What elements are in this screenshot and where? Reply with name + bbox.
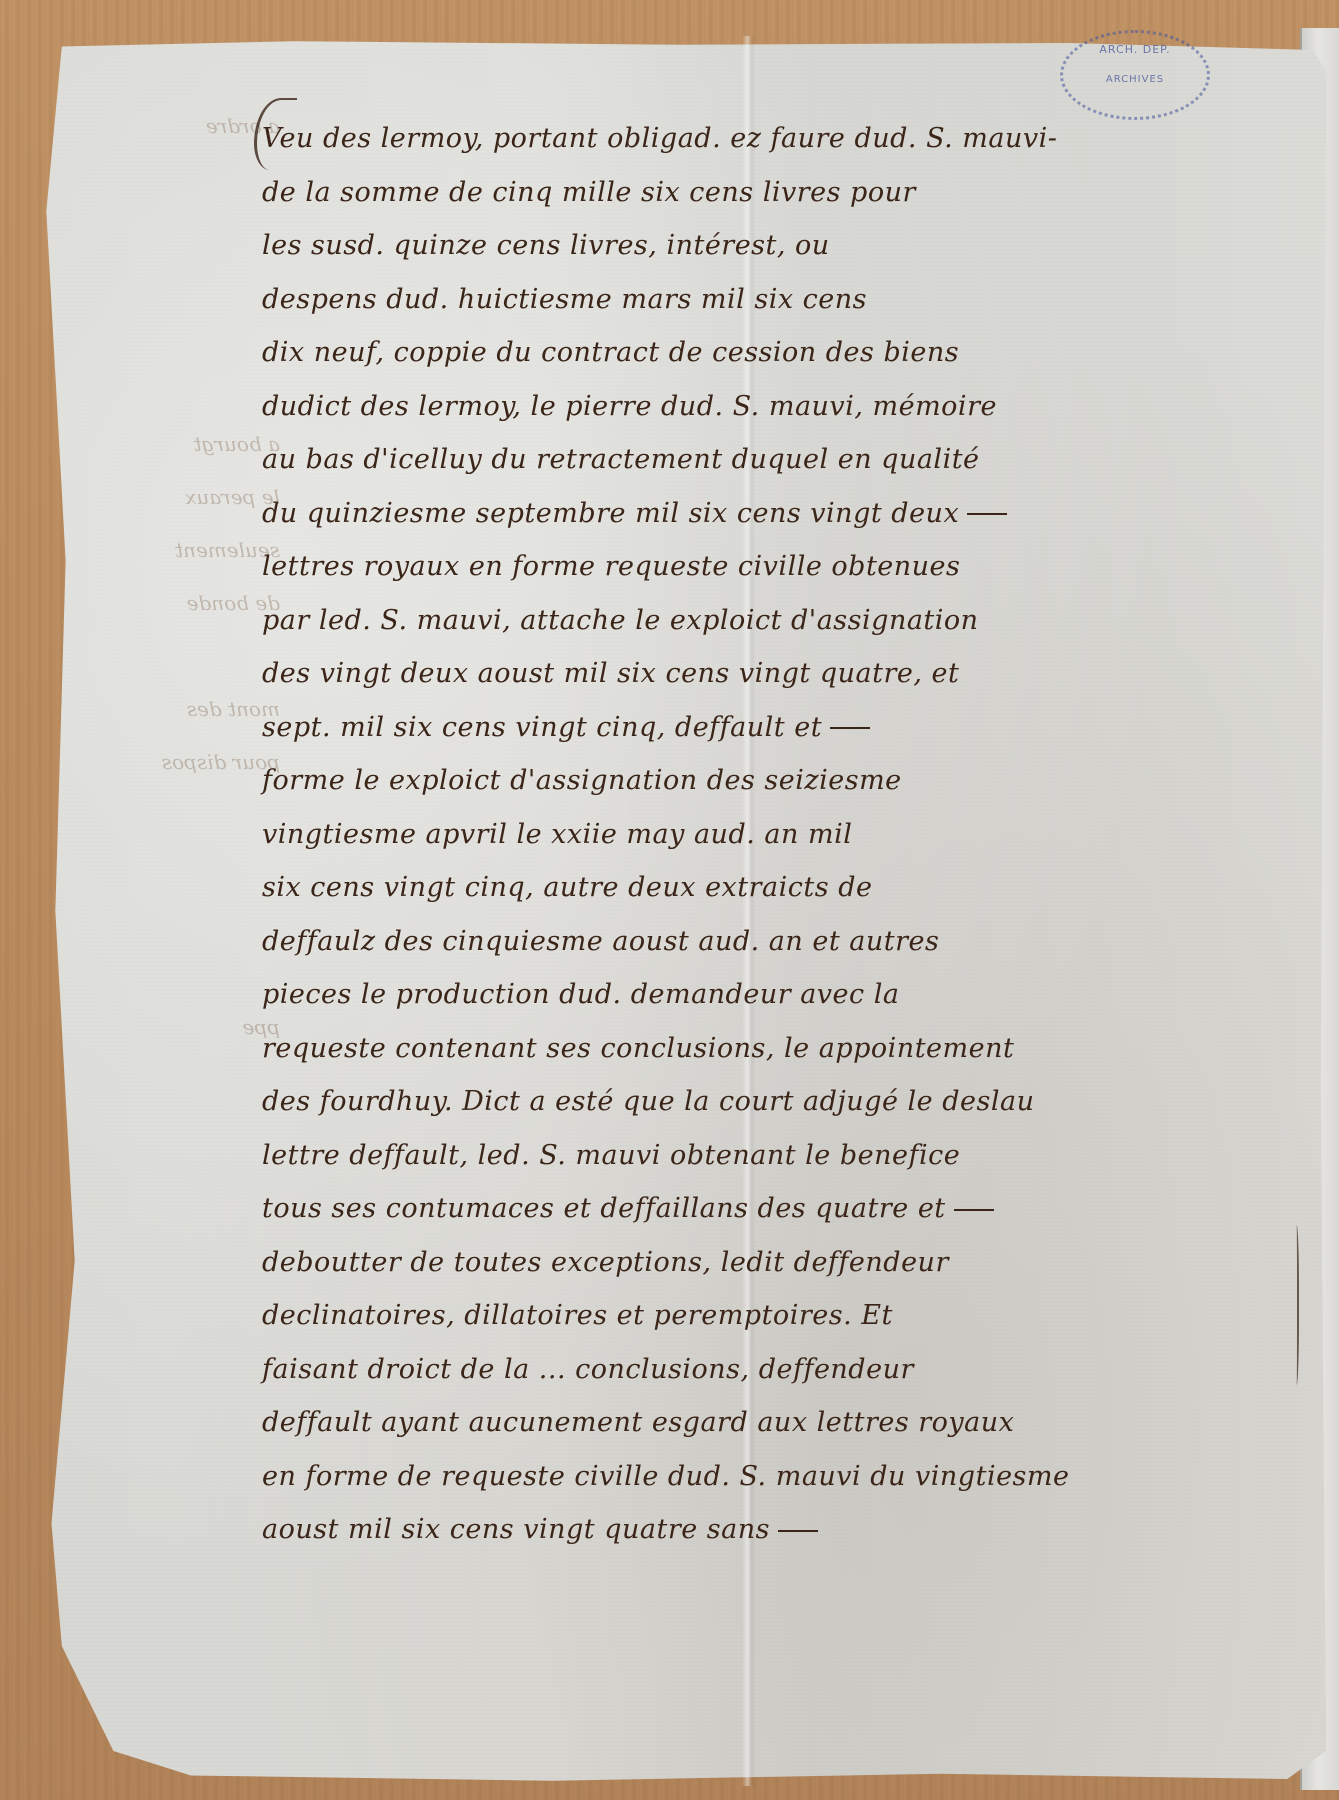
- manuscript-line: declinatoires, dillatoires et peremptoir…: [262, 1289, 1252, 1343]
- line-text: de la somme de cinq mille six cens livre…: [262, 177, 916, 208]
- manuscript-line: deboutter de toutes exceptions, ledit de…: [262, 1236, 1252, 1290]
- manuscript-line: deffaulz des cinquiesme aoust aud. an et…: [262, 915, 1252, 969]
- line-text: lettres royaux en forme requeste civille…: [262, 551, 960, 582]
- bleed-line: pour dispos: [60, 736, 280, 789]
- line-text: deffault ayant aucunement esgard aux let…: [262, 1407, 1014, 1438]
- manuscript-line: deffault ayant aucunement esgard aux let…: [262, 1396, 1252, 1450]
- bleed-line: [60, 365, 280, 418]
- line-text: dix neuf, coppie du contract de cession …: [262, 337, 959, 368]
- ink-bleed-through: a ordre a bourgt le peraux seulement de …: [60, 100, 280, 1600]
- bleed-line: le peraux: [60, 471, 280, 524]
- manuscript-line: des fourdhuy. Dict a esté que la court a…: [262, 1075, 1252, 1129]
- line-text: dudict des lermoy, le pierre dud. S. mau…: [262, 391, 997, 422]
- bleed-line: a ordre: [60, 100, 280, 153]
- archive-stamp: ARCH. DEP. ARCHIVES: [1060, 30, 1210, 120]
- line-text: pieces le production dud. demandeur avec…: [262, 979, 899, 1010]
- line-text: du quinziesme septembre mil six cens vin…: [262, 498, 959, 529]
- line-text: des fourdhuy. Dict a esté que la court a…: [262, 1086, 1034, 1117]
- line-text: six cens vingt cinq, autre deux extraict…: [262, 872, 872, 903]
- line-text: les susd. quinze cens livres, intérest, …: [262, 230, 830, 261]
- manuscript-line: Veu des lermoy, portant obligad. ez faur…: [262, 112, 1252, 166]
- manuscript-line: de la somme de cinq mille six cens livre…: [262, 166, 1252, 220]
- bleed-line: [60, 948, 280, 1001]
- manuscript-line: dudict des lermoy, le pierre dud. S. mau…: [262, 380, 1252, 434]
- line-filler-dash: [954, 1209, 994, 1211]
- bleed-line: de bonde: [60, 577, 280, 630]
- stamp-top-text: ARCH. DEP.: [1099, 43, 1170, 56]
- stamp-bottom-text: ARCHIVES: [1063, 74, 1207, 85]
- bleed-line: [60, 153, 280, 206]
- line-filler-dash: [967, 513, 1007, 515]
- manuscript-line: vingtiesme apvril le xxiie may aud. an m…: [262, 808, 1252, 862]
- bleed-line: seulement: [60, 524, 280, 577]
- line-filler-dash: [778, 1530, 818, 1532]
- line-text: Veu des lermoy, portant obligad. ez faur…: [262, 123, 1057, 154]
- line-text: au bas d'icelluy du retractement duquel …: [262, 444, 980, 475]
- bleed-line: [60, 206, 280, 259]
- manuscript-line: aoust mil six cens vingt quatre sans: [262, 1503, 1252, 1557]
- line-text: aoust mil six cens vingt quatre sans: [262, 1514, 770, 1545]
- line-text: en forme de requeste civille dud. S. mau…: [262, 1461, 1070, 1492]
- margin-bracket-stroke: [1293, 1225, 1299, 1385]
- bleed-line: a bourgt: [60, 418, 280, 471]
- manuscript-line: despens dud. huictiesme mars mil six cen…: [262, 273, 1252, 327]
- line-text: sept. mil six cens vingt cinq, deffault …: [262, 712, 822, 743]
- line-text: requeste contenant ses conclusions, le a…: [262, 1033, 1014, 1064]
- manuscript-line: forme le exploict d'assignation des seiz…: [262, 754, 1252, 808]
- manuscript-line: des vingt deux aoust mil six cens vingt …: [262, 647, 1252, 701]
- bleed-line: mont des: [60, 683, 280, 736]
- manuscript-line: dix neuf, coppie du contract de cession …: [262, 326, 1252, 380]
- manuscript-line: faisant droict de la ... conclusions, de…: [262, 1343, 1252, 1397]
- line-text: declinatoires, dillatoires et peremptoir…: [262, 1300, 893, 1331]
- manuscript-text: Veu des lermoy, portant obligad. ez faur…: [262, 112, 1252, 1557]
- bleed-line: [60, 895, 280, 948]
- manuscript-line: du quinziesme septembre mil six cens vin…: [262, 487, 1252, 541]
- manuscript-line: tous ses contumaces et deffaillans des q…: [262, 1182, 1252, 1236]
- line-filler-dash: [830, 727, 870, 729]
- line-text: despens dud. huictiesme mars mil six cen…: [262, 284, 867, 315]
- manuscript-line: pieces le production dud. demandeur avec…: [262, 968, 1252, 1022]
- line-text: vingtiesme apvril le xxiie may aud. an m…: [262, 819, 852, 850]
- manuscript-line: sept. mil six cens vingt cinq, deffault …: [262, 701, 1252, 755]
- bleed-line: [60, 842, 280, 895]
- bleed-line: ppe: [60, 1001, 280, 1054]
- line-text: lettre deffault, led. S. mauvi obtenant …: [262, 1140, 960, 1171]
- line-text: tous ses contumaces et deffaillans des q…: [262, 1193, 946, 1224]
- manuscript-line: lettre deffault, led. S. mauvi obtenant …: [262, 1129, 1252, 1183]
- line-text: faisant droict de la ... conclusions, de…: [262, 1354, 914, 1385]
- manuscript-line: au bas d'icelluy du retractement duquel …: [262, 433, 1252, 487]
- manuscript-line: en forme de requeste civille dud. S. mau…: [262, 1450, 1252, 1504]
- manuscript-line: requeste contenant ses conclusions, le a…: [262, 1022, 1252, 1076]
- manuscript-line: six cens vingt cinq, autre deux extraict…: [262, 861, 1252, 915]
- manuscript-line: les susd. quinze cens livres, intérest, …: [262, 219, 1252, 273]
- manuscript-line: lettres royaux en forme requeste civille…: [262, 540, 1252, 594]
- bleed-line: [60, 630, 280, 683]
- bleed-line: [60, 259, 280, 312]
- line-text: des vingt deux aoust mil six cens vingt …: [262, 658, 959, 689]
- line-text: par led. S. mauvi, attache le exploict d…: [262, 605, 979, 636]
- line-text: forme le exploict d'assignation des seiz…: [262, 765, 902, 796]
- manuscript-line: par led. S. mauvi, attache le exploict d…: [262, 594, 1252, 648]
- bleed-line: [60, 312, 280, 365]
- line-text: deboutter de toutes exceptions, ledit de…: [262, 1247, 949, 1278]
- line-text: deffaulz des cinquiesme aoust aud. an et…: [262, 926, 939, 957]
- bleed-line: [60, 789, 280, 842]
